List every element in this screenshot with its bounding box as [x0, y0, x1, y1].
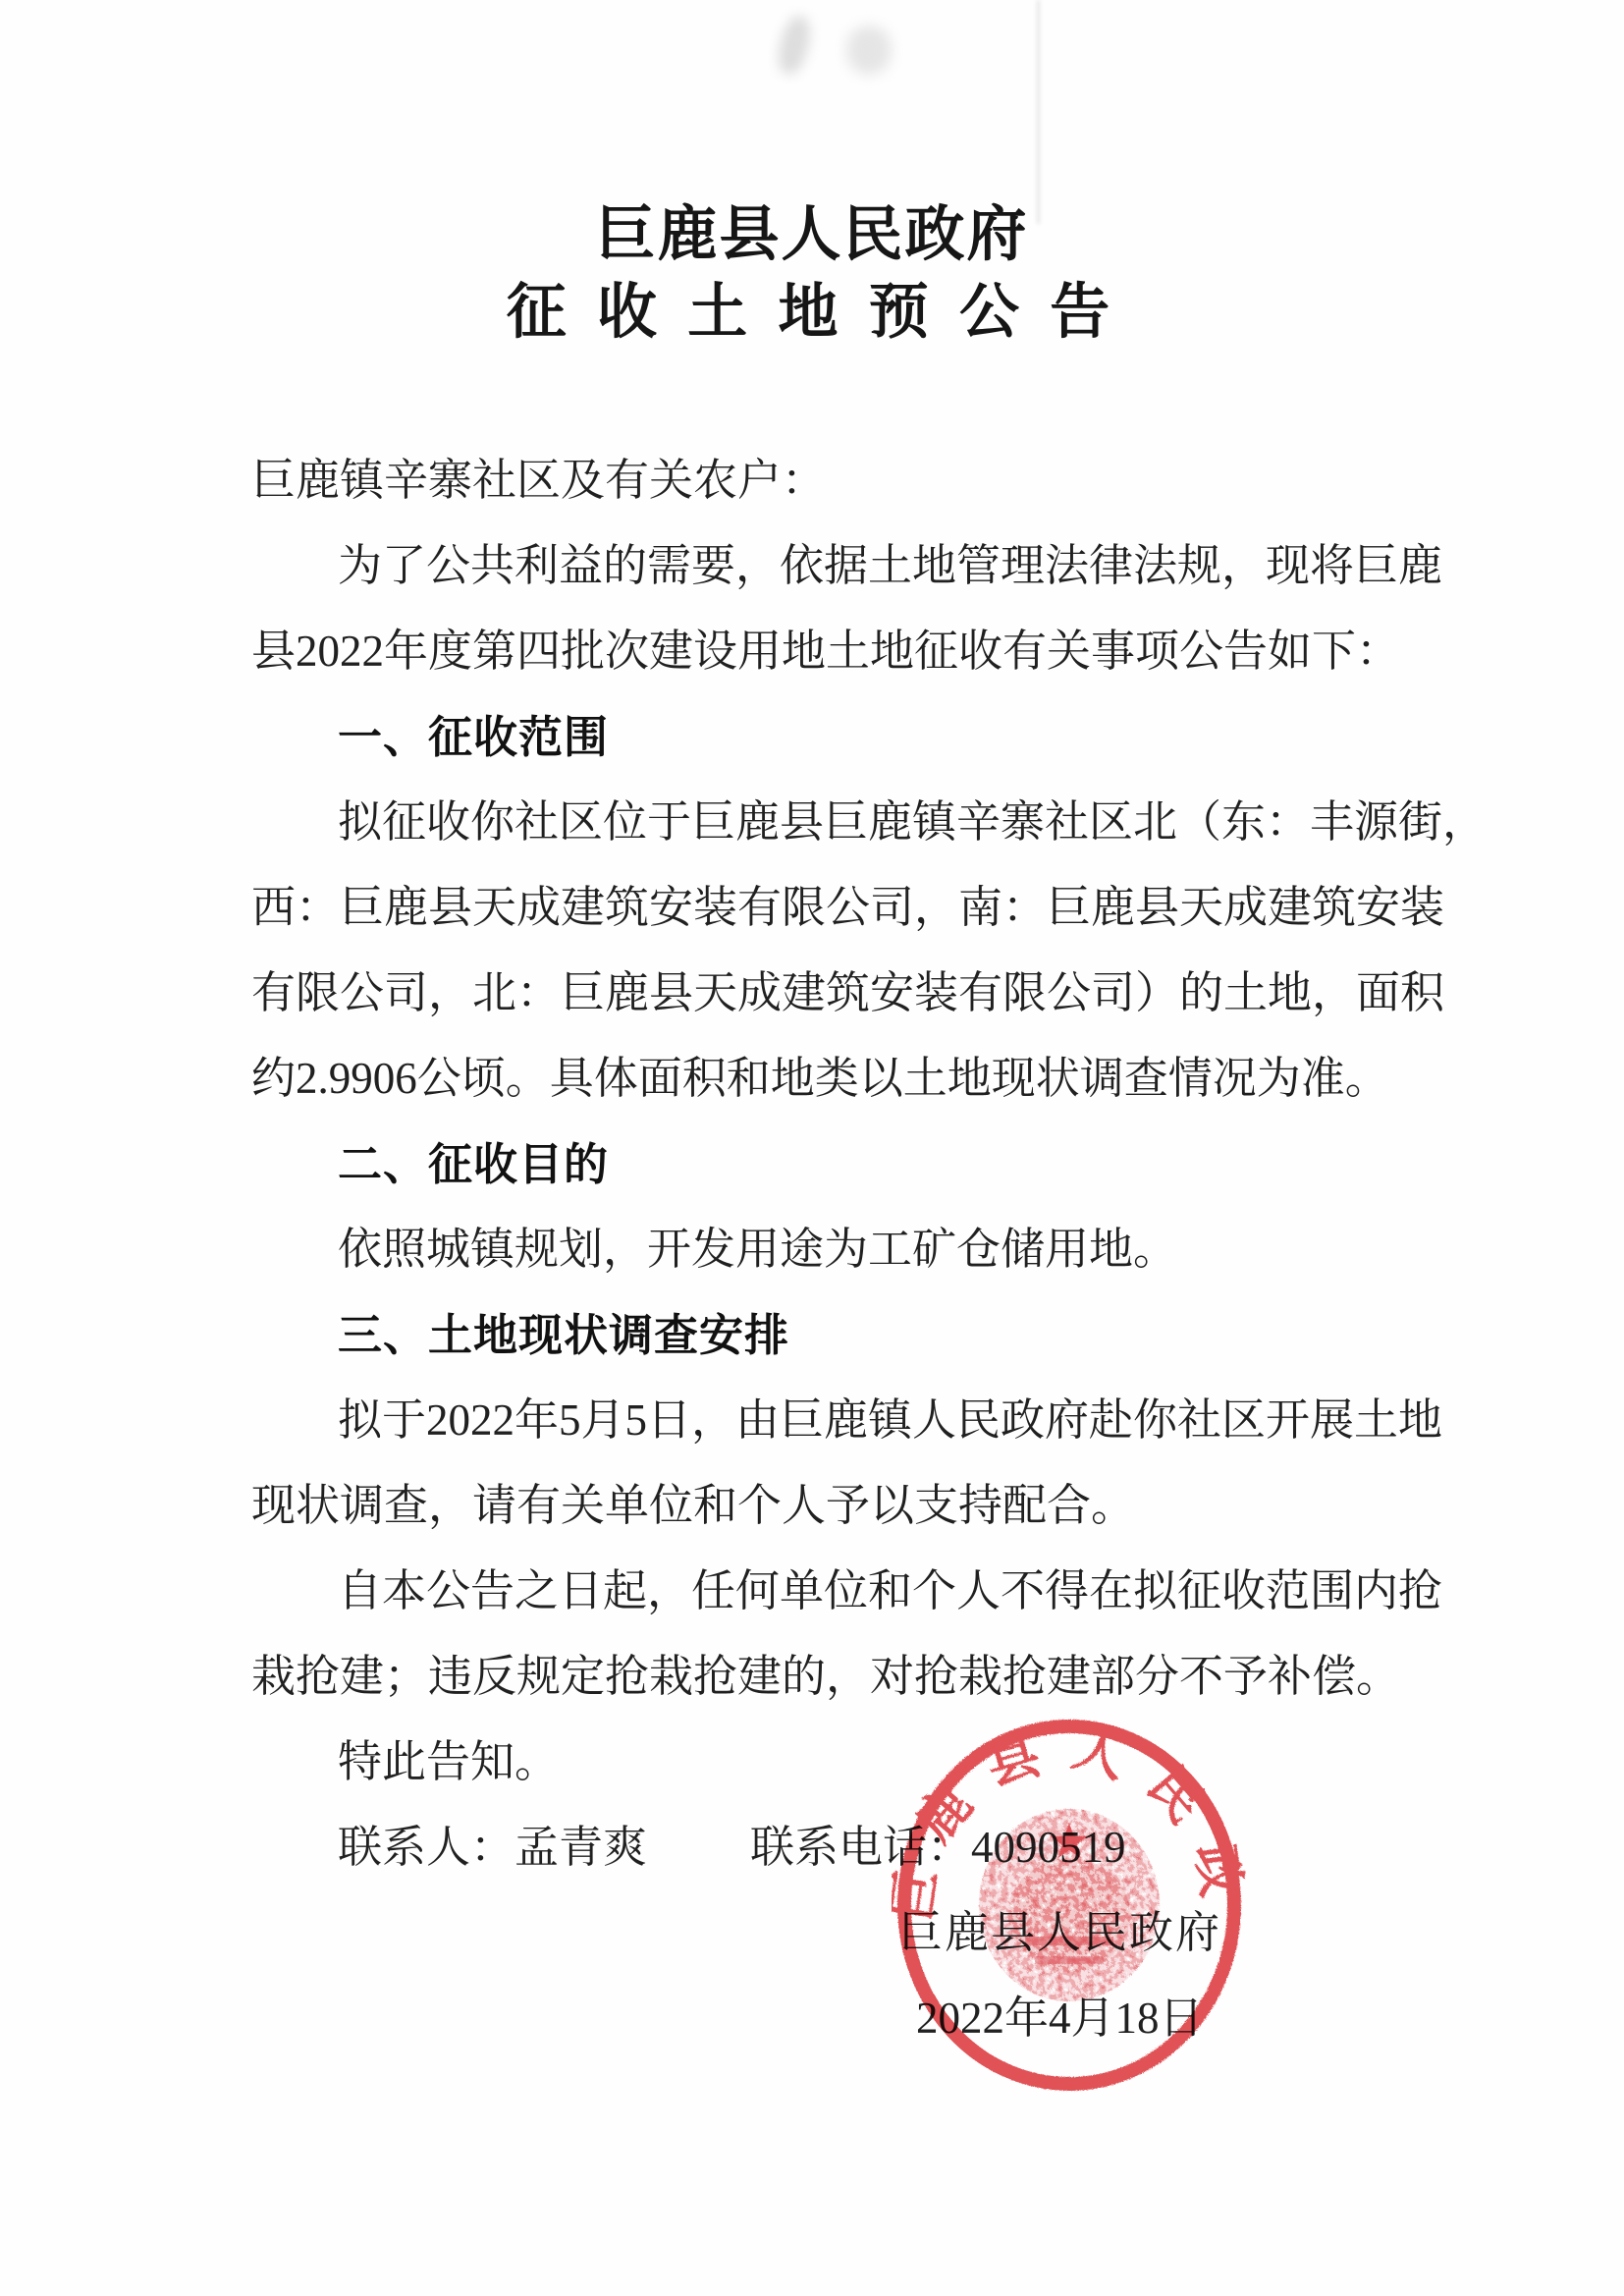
- text-line: 拟于2022年5月5日，由巨鹿镇人民政府赴你社区开展土地: [0, 1378, 1624, 1463]
- text-line: 自本公告之日起，任何单位和个人不得在拟征收范围内抢: [0, 1549, 1624, 1634]
- section-heading: 一、征收范围: [0, 694, 1624, 780]
- text-line: 巨鹿镇辛寨社区及有关农户：: [0, 438, 1624, 523]
- text-line: 依照城镇规划，开发用途为工矿仓储用地。: [0, 1207, 1624, 1292]
- contact-line: 联系人：孟青爽联系电话：4090519: [0, 1805, 1624, 1890]
- signature-authority: 巨鹿县人民政府: [0, 1890, 1624, 1976]
- text-line: 拟征收你社区位于巨鹿县巨鹿镇辛寨社区北（东：丰源街，: [0, 780, 1624, 865]
- section-heading: 三、土地现状调查安排: [0, 1292, 1624, 1378]
- text-line: 现状调查，请有关单位和个人予以支持配合。: [0, 1463, 1624, 1549]
- document-title: 巨鹿县人民政府 征 收 土 地 预 公 告: [0, 198, 1624, 354]
- signature-date: 2022年4月18日: [0, 1976, 1624, 2061]
- text-line: 特此告知。: [0, 1720, 1624, 1805]
- scan-artifact: [846, 26, 892, 75]
- text-line: 约2.9906公顷。具体面积和地类以土地现状调查情况为准。: [0, 1036, 1624, 1121]
- scan-artifact: [1037, 0, 1040, 224]
- scan-artifact: [774, 14, 815, 78]
- text-line: 县2022年度第四批次建设用地土地征收有关事项公告如下：: [0, 609, 1624, 694]
- text-line: 西：巨鹿县天成建筑安装有限公司，南：巨鹿县天成建筑安装: [0, 865, 1624, 951]
- title-subject: 征 收 土 地 预 公 告: [0, 273, 1624, 354]
- title-authority: 巨鹿县人民政府: [0, 198, 1624, 273]
- contact-person: 联系人：孟青爽: [338, 1823, 647, 1872]
- body-lines: 巨鹿镇辛寨社区及有关农户：为了公共利益的需要，依据土地管理法律法规，现将巨鹿县2…: [0, 438, 1624, 1805]
- document-page: 巨鹿县人民政府 征 收 土 地 预 公 告 巨鹿镇辛寨社区及有关农户：为了公共利…: [0, 0, 1624, 2296]
- document-body: 巨鹿镇辛寨社区及有关农户：为了公共利益的需要，依据土地管理法律法规，现将巨鹿县2…: [0, 438, 1624, 2061]
- section-heading: 二、征收目的: [0, 1121, 1624, 1207]
- text-line: 为了公共利益的需要，依据土地管理法律法规，现将巨鹿: [0, 523, 1624, 609]
- text-line: 栽抢建；违反规定抢栽抢建的，对抢栽抢建部分不予补偿。: [0, 1634, 1624, 1720]
- contact-phone: 联系电话：4090519: [750, 1823, 1126, 1872]
- text-line: 有限公司，北：巨鹿县天成建筑安装有限公司）的土地，面积: [0, 951, 1624, 1036]
